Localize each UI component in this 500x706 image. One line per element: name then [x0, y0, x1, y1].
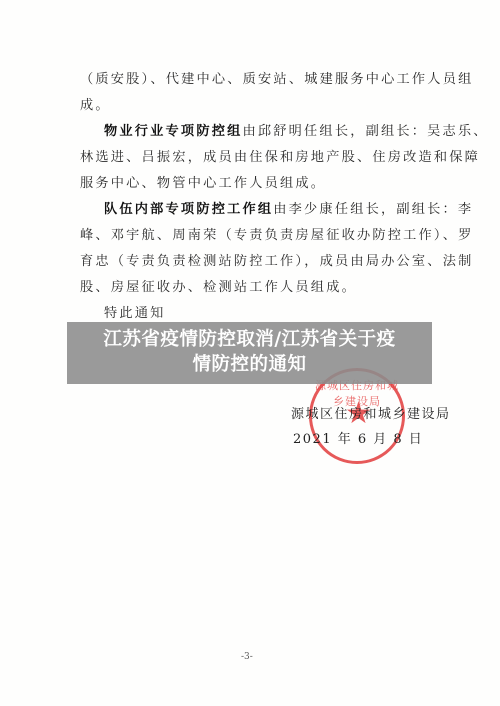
body-line-1: （质安股）、代建中心、质安站、城建服务中心工作人员组	[80, 68, 473, 87]
body-line-9: 股、房屋征收办、检测站工作人员组成。	[80, 276, 357, 295]
body-line-7: 峰、邓宇航、周南荣（专责负责房屋征收办防控工作）、罗	[80, 224, 473, 243]
banner-title-line-1: 江苏省疫情防控取消/江苏省关于疫	[67, 327, 432, 352]
page-number: -3-	[241, 652, 253, 662]
body-line-2: 成。	[80, 94, 111, 113]
title-banner[interactable]: 江苏省疫情防控取消/江苏省关于疫 情防控的通知	[67, 322, 432, 384]
body-line-6-text: 由李少康任组长，副组长：李	[273, 202, 473, 217]
issuer-name: 源城区住房和城乡建设局	[291, 403, 451, 422]
body-line-3-text: 由邱舒明任组长，副组长：吴志乐、	[243, 124, 489, 139]
body-line-8: 育忠（专责负责检测站防控工作），成员由局办公室、法制	[80, 250, 473, 269]
group-title-property: 物业行业专项防控组	[104, 124, 243, 139]
closing-line: 特此通知	[104, 302, 166, 321]
body-line-6: 队伍内部专项防控工作组由李少康任组长，副组长：李	[104, 198, 473, 217]
group-title-internal: 队伍内部专项防控工作组	[104, 202, 273, 217]
body-line-3: 物业行业专项防控组由邱舒明任组长，副组长：吴志乐、	[104, 120, 489, 139]
body-line-5: 服务中心、物管中心工作人员组成。	[80, 172, 326, 191]
body-line-4: 林选进、吕振宏，成员由住保和房地产股、住房改造和保障	[80, 146, 480, 165]
banner-title-line-2: 情防控的通知	[67, 352, 432, 377]
issue-date: 2021 年 6 月 8 日	[293, 428, 423, 447]
